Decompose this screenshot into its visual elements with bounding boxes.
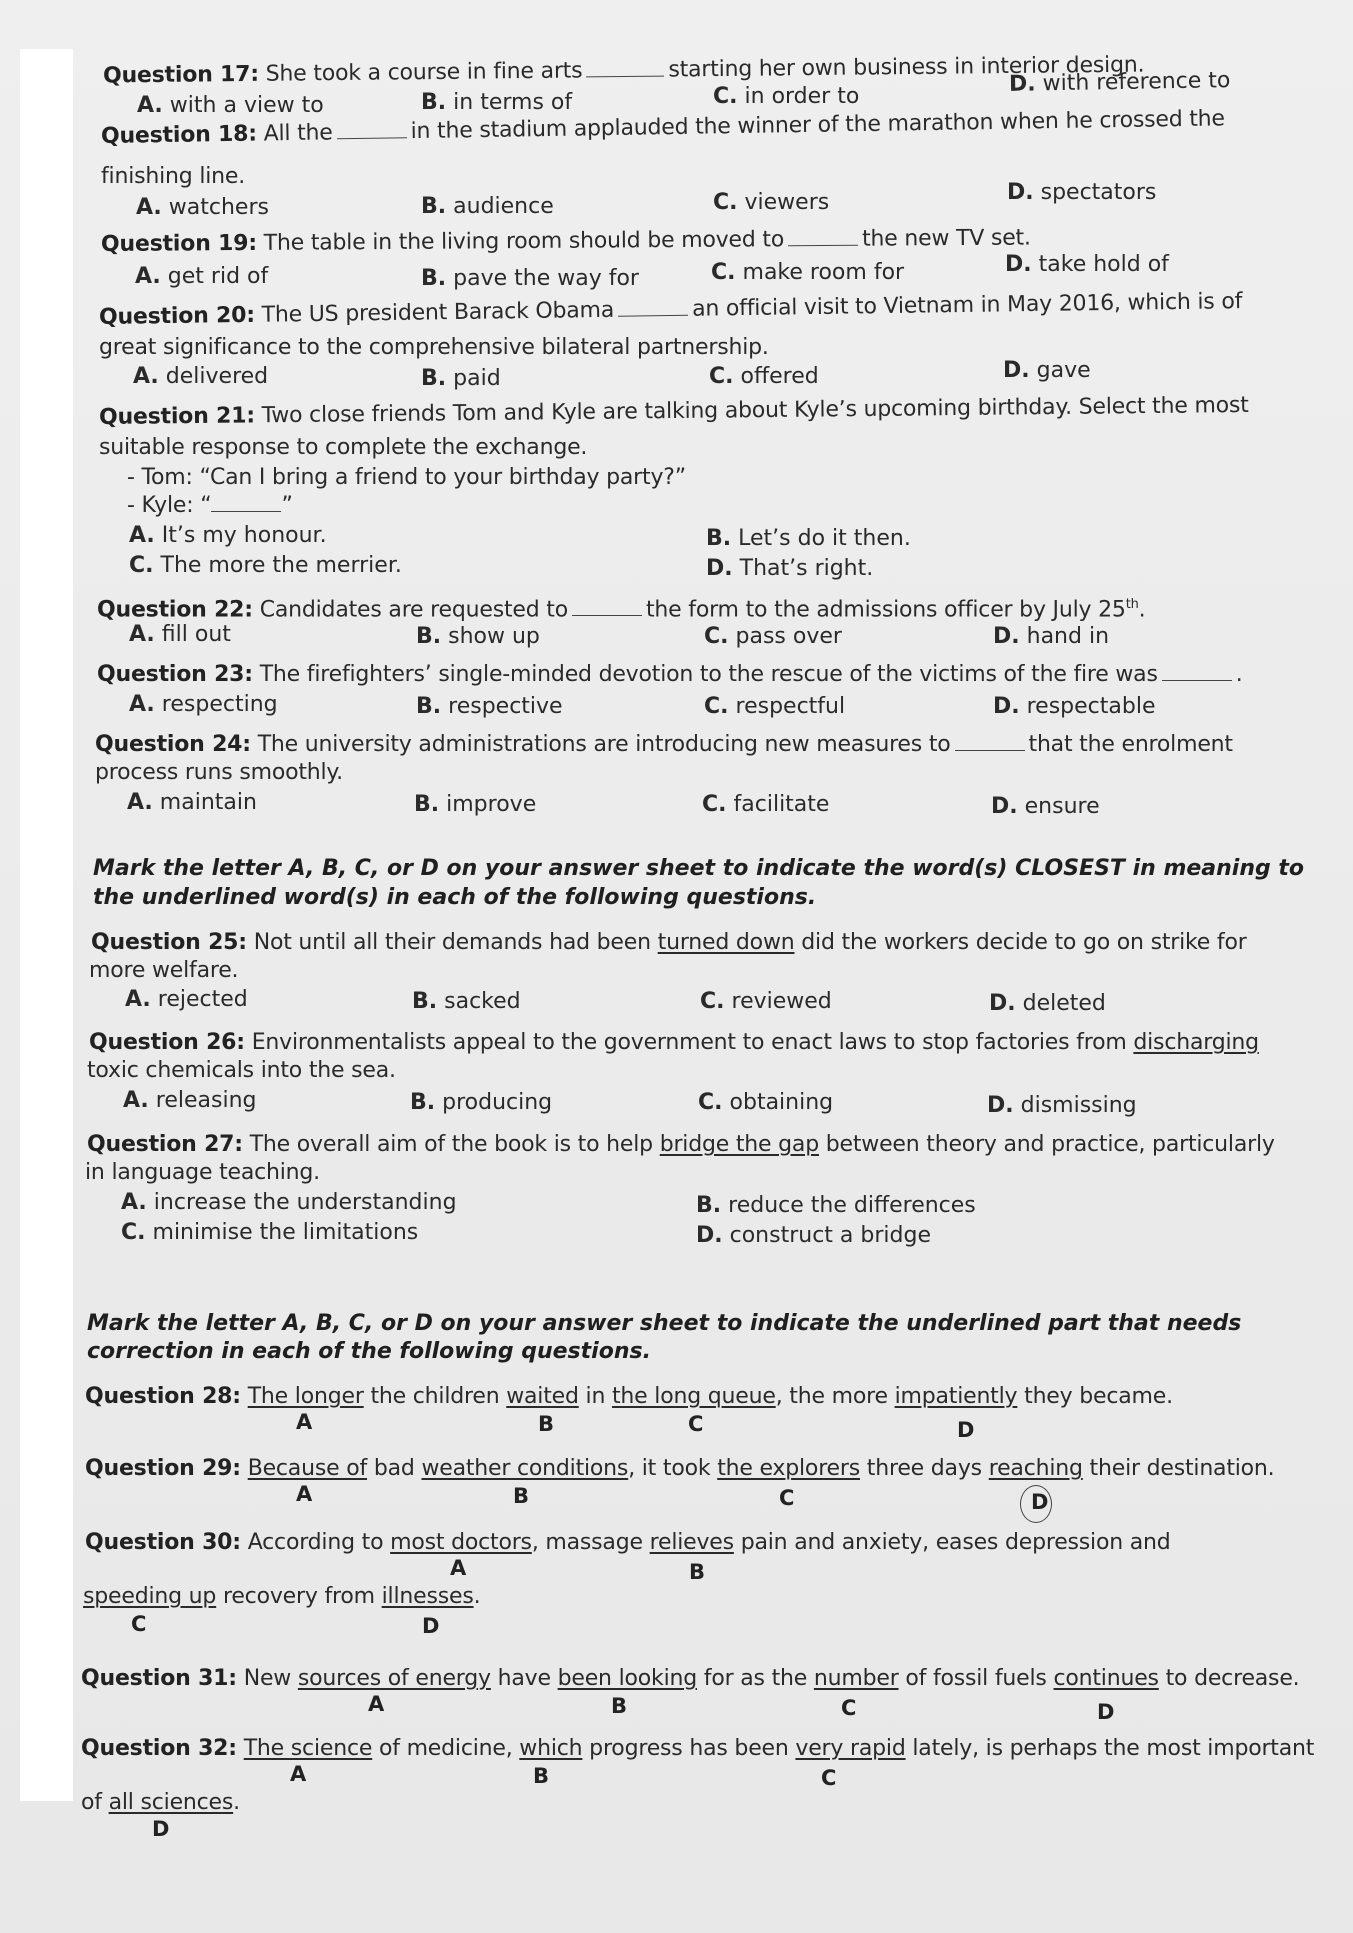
question-21: Question 21: Two close friends Tom and K… bbox=[99, 393, 1249, 431]
q18-option-a: A. watchers bbox=[136, 195, 269, 221]
question-30-cont: speeding up recovery from illnesses. bbox=[83, 1584, 480, 1610]
q18-option-c: C. viewers bbox=[713, 190, 829, 216]
q20-option-d: D. gave bbox=[1003, 358, 1091, 384]
q31-mark-c: C bbox=[841, 1696, 856, 1720]
question-21-cont: suitable response to complete the exchan… bbox=[99, 435, 587, 461]
q32-mark-c: C bbox=[821, 1766, 836, 1790]
q22-option-c: C. pass over bbox=[704, 624, 842, 650]
q32-mark-d: D bbox=[152, 1817, 169, 1841]
question-17: Question 17: She took a course in fine a… bbox=[103, 53, 1145, 90]
q27-option-b: B. reduce the differences bbox=[696, 1193, 976, 1219]
question-24-cont: process runs smoothly. bbox=[95, 760, 343, 786]
q21-option-a: A. It’s my honour. bbox=[129, 523, 327, 549]
q17-option-c: C. in order to bbox=[713, 84, 859, 110]
question-27: Question 27: The overall aim of the book… bbox=[87, 1132, 1275, 1158]
q17-option-a: A. with a view to bbox=[137, 93, 324, 119]
q31-mark-a: A bbox=[368, 1692, 384, 1716]
q23-option-c: C. respectful bbox=[704, 694, 845, 720]
underlined-phrase: turned down bbox=[658, 930, 795, 955]
question-23: Question 23: The firefighters’ single-mi… bbox=[97, 662, 1243, 688]
q28-mark-a: A bbox=[296, 1410, 312, 1434]
q27-option-d: D. construct a bridge bbox=[696, 1223, 931, 1249]
q32-mark-b: B bbox=[533, 1764, 549, 1788]
q19-option-b: B. pave the way for bbox=[421, 266, 639, 292]
question-18-cont: finishing line. bbox=[101, 164, 245, 190]
q29-mark-a: A bbox=[296, 1482, 312, 1506]
q31-mark-d: D bbox=[1097, 1700, 1114, 1724]
q28-mark-d: D bbox=[957, 1418, 974, 1442]
question-32-cont: of all sciences. bbox=[81, 1790, 240, 1816]
q23-option-b: B. respective bbox=[416, 694, 563, 720]
question-32: Question 32: The science of medicine, wh… bbox=[81, 1736, 1314, 1762]
q31-mark-b: B bbox=[611, 1694, 627, 1718]
question-26-cont: toxic chemicals into the sea. bbox=[87, 1058, 396, 1084]
question-19: Question 19: The table in the living roo… bbox=[101, 226, 1031, 258]
question-20: Question 20: The US president Barack Oba… bbox=[99, 289, 1243, 331]
circled-answer-mark bbox=[1020, 1485, 1052, 1523]
q26-option-a: A. releasing bbox=[123, 1088, 257, 1114]
q28-mark-c: C bbox=[688, 1412, 703, 1436]
q18-option-b: B. audience bbox=[421, 194, 554, 220]
q26-option-d: D. dismissing bbox=[987, 1093, 1137, 1119]
q17-option-b: B. in terms of bbox=[421, 90, 572, 116]
q19-option-c: C. make room for bbox=[711, 260, 904, 286]
q22-option-d: D. hand in bbox=[993, 624, 1109, 650]
underlined-phrase: bridge the gap bbox=[660, 1132, 819, 1157]
q17-option-d: D. with reference to bbox=[1009, 68, 1231, 98]
question-25-cont: more welfare. bbox=[89, 958, 238, 984]
q26-option-b: B. producing bbox=[410, 1090, 552, 1116]
q24-option-a: A. maintain bbox=[127, 790, 257, 816]
q24-option-b: B. improve bbox=[414, 792, 536, 818]
q19-option-a: A. get rid of bbox=[135, 264, 268, 290]
q20-option-c: C. offered bbox=[709, 364, 819, 390]
q25-option-b: B. sacked bbox=[412, 989, 521, 1015]
q19-option-d: D. take hold of bbox=[1005, 252, 1169, 278]
question-25: Question 25: Not until all their demands… bbox=[91, 930, 1247, 956]
section-instruction-closest-cont: the underlined word(s) in each of the fo… bbox=[93, 884, 816, 912]
question-31: Question 31: New sources of energy have … bbox=[81, 1666, 1299, 1692]
q21-option-c: C. The more the merrier. bbox=[129, 553, 402, 579]
q26-option-c: C. obtaining bbox=[698, 1090, 833, 1116]
q24-option-c: C. facilitate bbox=[702, 792, 829, 818]
question-30: Question 30: According to most doctors, … bbox=[85, 1530, 1171, 1556]
q32-mark-a: A bbox=[290, 1762, 306, 1786]
q21-dialog-kyle: - Kyle: “” bbox=[127, 493, 293, 519]
section-instruction-correction-cont: correction in each of the following ques… bbox=[87, 1338, 651, 1366]
q30-mark-c: C bbox=[131, 1612, 146, 1636]
q30-mark-d: D bbox=[422, 1614, 439, 1638]
question-24: Question 24: The university administrati… bbox=[95, 732, 1233, 758]
q27-option-a: A. increase the understanding bbox=[121, 1190, 457, 1216]
question-20-cont: great significance to the comprehensive … bbox=[99, 335, 769, 361]
q25-option-d: D. deleted bbox=[989, 991, 1106, 1017]
q25-option-c: C. reviewed bbox=[700, 989, 832, 1015]
q20-option-b: B. paid bbox=[421, 366, 501, 392]
question-27-cont: in language teaching. bbox=[85, 1160, 320, 1186]
q25-option-a: A. rejected bbox=[125, 987, 248, 1013]
q24-option-d: D. ensure bbox=[991, 794, 1100, 820]
q30-mark-b: B bbox=[689, 1560, 705, 1584]
q21-option-d: D. That’s right. bbox=[706, 556, 873, 582]
q23-option-a: A. respecting bbox=[129, 692, 278, 718]
question-29: Question 29: Because of bad weather cond… bbox=[85, 1456, 1274, 1482]
section-instruction-closest: Mark the letter A, B, C, or D on your an… bbox=[93, 855, 1304, 883]
question-26: Question 26: Environmentalists appeal to… bbox=[89, 1030, 1259, 1056]
q28-mark-b: B bbox=[538, 1412, 554, 1436]
q29-mark-c: C bbox=[779, 1486, 794, 1510]
q22-option-a: A. fill out bbox=[129, 622, 231, 648]
scan-white-strip bbox=[20, 49, 73, 1801]
underlined-phrase: discharging bbox=[1133, 1030, 1259, 1055]
exam-page: Question 17: She took a course in fine a… bbox=[0, 0, 1353, 1933]
question-28: Question 28: The longer the children wai… bbox=[85, 1384, 1173, 1410]
section-instruction-correction: Mark the letter A, B, C, or D on your an… bbox=[87, 1310, 1241, 1338]
q20-option-a: A. delivered bbox=[133, 364, 268, 390]
q22-option-b: B. show up bbox=[416, 624, 540, 650]
q27-option-c: C. minimise the limitations bbox=[121, 1220, 418, 1246]
q30-mark-a: A bbox=[450, 1556, 466, 1580]
q21-option-b: B. Let’s do it then. bbox=[706, 526, 911, 552]
answer-blank bbox=[586, 58, 664, 78]
question-22: Question 22: Candidates are requested to… bbox=[97, 592, 1145, 623]
q29-mark-b: B bbox=[513, 1484, 529, 1508]
q21-dialog-tom: - Tom: “Can I bring a friend to your bir… bbox=[127, 465, 686, 491]
q23-option-d: D. respectable bbox=[993, 694, 1156, 720]
q18-option-d: D. spectators bbox=[1007, 180, 1156, 206]
